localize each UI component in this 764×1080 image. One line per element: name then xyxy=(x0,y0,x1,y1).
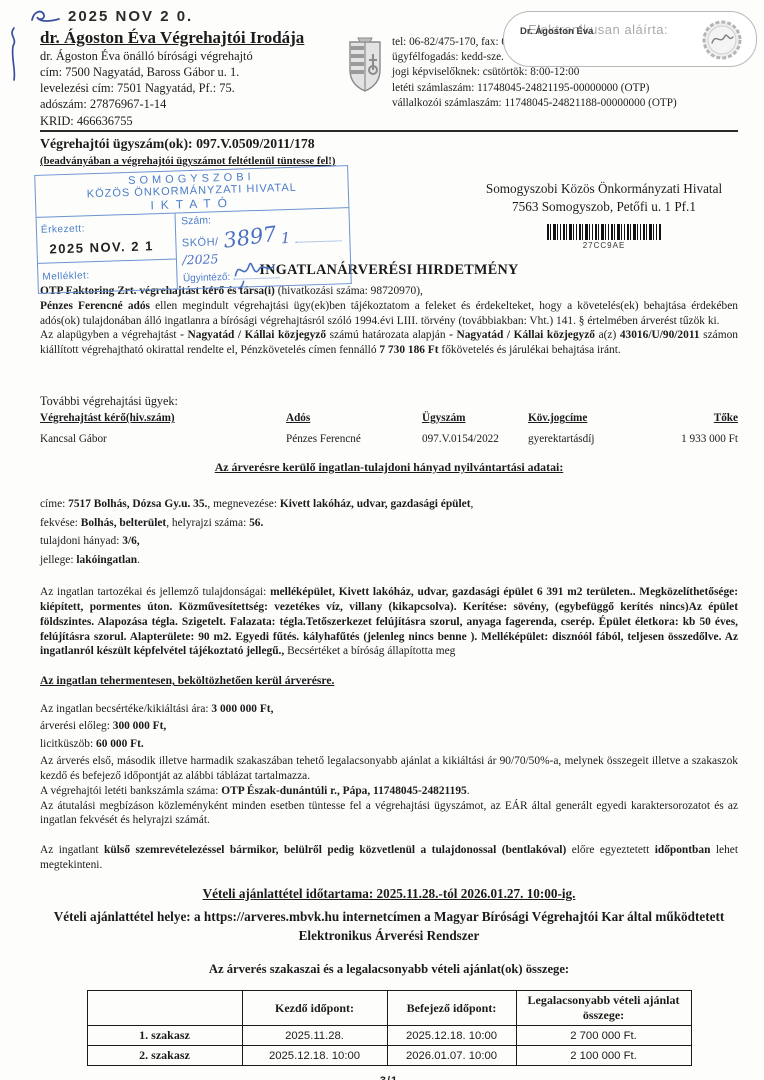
deposit-line: árverési előleg: 300 000 Ft, xyxy=(40,718,738,735)
fc-header: Ügyszám xyxy=(422,412,528,424)
fc-row: Kancsal Gábor Pénzes Ferencné 097.V.0154… xyxy=(40,433,738,445)
stage-start: 2025.11.28. xyxy=(242,1026,387,1046)
fc-cell: 1 933 000 Ft xyxy=(648,433,738,445)
debtor-paragraph: Pénzes Ferencné adós ellen megindult vég… xyxy=(40,299,738,329)
price-lines: Az ingatlan becsértéke/kikiáltási ára: 3… xyxy=(40,701,738,753)
fc-cell: Pénzes Ferencné xyxy=(286,433,422,445)
contact-line: jogi képviselőknek: csütörtök: 8:00-12:0… xyxy=(392,65,762,80)
fc-header: Tőke xyxy=(648,412,738,424)
property-share-line: tulajdoni hányad: 3/6, xyxy=(40,532,738,550)
property-location-line: fekvése: Bolhás, belterület, helyrajzi s… xyxy=(40,514,738,532)
unencumbered-line: Az ingatlan tehermentesen, beköltözhetőe… xyxy=(40,674,738,687)
office-name: dr. Ágoston Éva Végrehajtói Irodája xyxy=(40,28,350,48)
stages-header-empty xyxy=(87,991,242,1026)
electronic-signature-box: Elektronikusan aláírta: Dr. Ágoston Éva xyxy=(503,11,757,67)
case-note-line: (beadványában a végrehajtói ügyszámot fe… xyxy=(40,155,336,167)
property-address-line: címe: 7517 Bolhás, Dózsa Gy.u. 35., megn… xyxy=(40,495,738,513)
office-line: dr. Ágoston Éva önálló bírósági végrehaj… xyxy=(40,48,350,64)
stages-header-minbid: Legalacsonyabb vételi ajánlat összege: xyxy=(516,991,691,1026)
handwritten-number: 3897 xyxy=(222,222,278,253)
stages-row: 2. szakasz 2025.12.18. 10:00 2026.01.07.… xyxy=(87,1046,691,1066)
stage-end: 2026.01.07. 10:00 xyxy=(387,1046,516,1066)
document-page: 2025 NOV 2 0. dr. Ágoston Éva Végrehajtó… xyxy=(0,0,764,1080)
basis-paragraph: Az alapügyben a végrehajtást - Nagyatád … xyxy=(40,328,738,358)
further-cases-label: További végrehajtási ügyek: xyxy=(40,394,738,409)
contact-line: vállalkozói számlaszám: 11748045-2482118… xyxy=(392,96,762,111)
office-line: levelezési cím: 7501 Nagyatád, Pf.: 75. xyxy=(40,80,350,96)
property-lines: címe: 7517 Bolhás, Dózsa Gy.u. 35., megn… xyxy=(40,495,738,569)
margin-pen-mark-icon xyxy=(4,24,24,84)
handwritten-year: /2025 xyxy=(182,251,218,267)
stages-intro: Az árverés első, második illetve harmadi… xyxy=(40,754,738,784)
further-cases-table: Végrehajtást kérő(hiv.szám) Adós Ügyszám… xyxy=(40,412,738,445)
number-prefix: SKÖH/ xyxy=(182,236,219,249)
attachment-label: Melléklet: xyxy=(42,270,90,282)
stage-start: 2025.12.18. 10:00 xyxy=(242,1046,387,1066)
stage-label: 1. szakasz xyxy=(87,1026,242,1046)
stages-row: 1. szakasz 2025.11.28. 2025.12.18. 10:00… xyxy=(87,1026,691,1046)
barcode-text: 27CC9AE xyxy=(448,240,760,251)
property-description: Az ingatlan tartozékai és jellemző tulaj… xyxy=(40,585,738,659)
stages-heading: Az árverés szakaszai és a legalacsonyabb… xyxy=(40,962,738,977)
recipient-name: Somogyszobi Közös Önkormányzati Hivatal xyxy=(448,180,760,198)
received-date-stamp: 2025 NOV. 2 1 xyxy=(49,238,172,257)
stages-header-start: Kezdő időpont: xyxy=(242,991,387,1026)
fc-header: Végrehajtást kérő(hiv.szám) xyxy=(40,412,286,424)
stage-label: 2. szakasz xyxy=(87,1046,242,1066)
stages-table: Kezdő időpont: Befejező időpont: Legalac… xyxy=(87,990,692,1066)
contact-line: letéti számlaszám: 11748045-24821195-000… xyxy=(392,81,762,96)
stage-minbid: 2 700 000 Ft. xyxy=(516,1026,691,1046)
pen-mark-icon xyxy=(28,6,62,28)
recipient-block: Somogyszobi Közös Önkormányzati Hivatal … xyxy=(448,180,760,251)
bid-step-line: licitküszöb: 60 000 Ft. xyxy=(40,736,738,753)
handwritten-subnumber: 1 xyxy=(281,229,291,247)
barcode xyxy=(547,224,661,240)
fc-cell: gyerektartásdíj xyxy=(528,433,648,445)
arrival-date-stamp: 2025 NOV 2 0. xyxy=(68,8,193,25)
stage-end: 2025.12.18. 10:00 xyxy=(387,1026,516,1046)
property-section-heading: Az árverésre kerülő ingatlan-tulajdoni h… xyxy=(40,460,738,475)
stage-minbid: 2 100 000 Ft. xyxy=(516,1046,691,1066)
dotted-leader xyxy=(295,231,341,242)
bank-account-line: A végrehajtói letéti bankszámla száma: O… xyxy=(40,784,738,799)
bid-place-heading: Vételi ajánlattétel helye: a https://arv… xyxy=(40,907,738,945)
page-number: 3/1 xyxy=(40,1075,738,1080)
fc-header: Köv.jogcíme xyxy=(528,412,648,424)
price-line: Az ingatlan becsértéke/kikiáltási ára: 3… xyxy=(40,701,738,718)
office-line: cím: 7500 Nagyatád, Baross Gábor u. 1. xyxy=(40,64,350,80)
case-number-line: Végrehajtói ügyszám(ok): 097.V.0509/2011… xyxy=(40,136,315,152)
transfer-note: Az átutalási megbízáson közleményként mi… xyxy=(40,799,738,829)
received-label: Érkezett: xyxy=(41,223,85,235)
coat-of-arms-icon xyxy=(344,36,386,94)
clerk-signature-icon xyxy=(229,254,280,290)
clerk-label: Ügyintéző: xyxy=(183,272,231,284)
fc-cell: Kancsal Gábor xyxy=(40,433,286,445)
registry-stamp: SOMOGYSZOBI KÖZÖS ÖNKORMÁNYZATI HIVATAL … xyxy=(34,165,352,294)
fc-header: Adós xyxy=(286,412,422,424)
header-divider xyxy=(40,130,738,132)
recipient-address: 7563 Somogyszob, Petőfi u. 1 Pf.1 xyxy=(448,198,760,216)
property-type-line: jellege: lakóingatlan. xyxy=(40,551,738,569)
stages-header-end: Befejező időpont: xyxy=(387,991,516,1026)
viewing-note: Az ingatlant külső szemrevételezéssel bá… xyxy=(40,843,738,873)
esign-signer-name: Dr. Ágoston Éva xyxy=(520,26,593,37)
office-line: adószám: 27876967-1-14 xyxy=(40,96,350,112)
fc-cell: 097.V.0154/2022 xyxy=(422,433,528,445)
office-header: dr. Ágoston Éva Végrehajtói Irodája dr. … xyxy=(40,28,350,129)
notice-body: INGATLANÁRVERÉSI HIRDETMÉNY OTP Faktorin… xyxy=(40,262,738,1080)
office-line: KRID: 466636755 xyxy=(40,113,350,129)
bid-period-heading: Vételi ajánlattétel időtartama: 2025.11.… xyxy=(40,886,738,902)
signature-seal-icon xyxy=(700,18,744,62)
